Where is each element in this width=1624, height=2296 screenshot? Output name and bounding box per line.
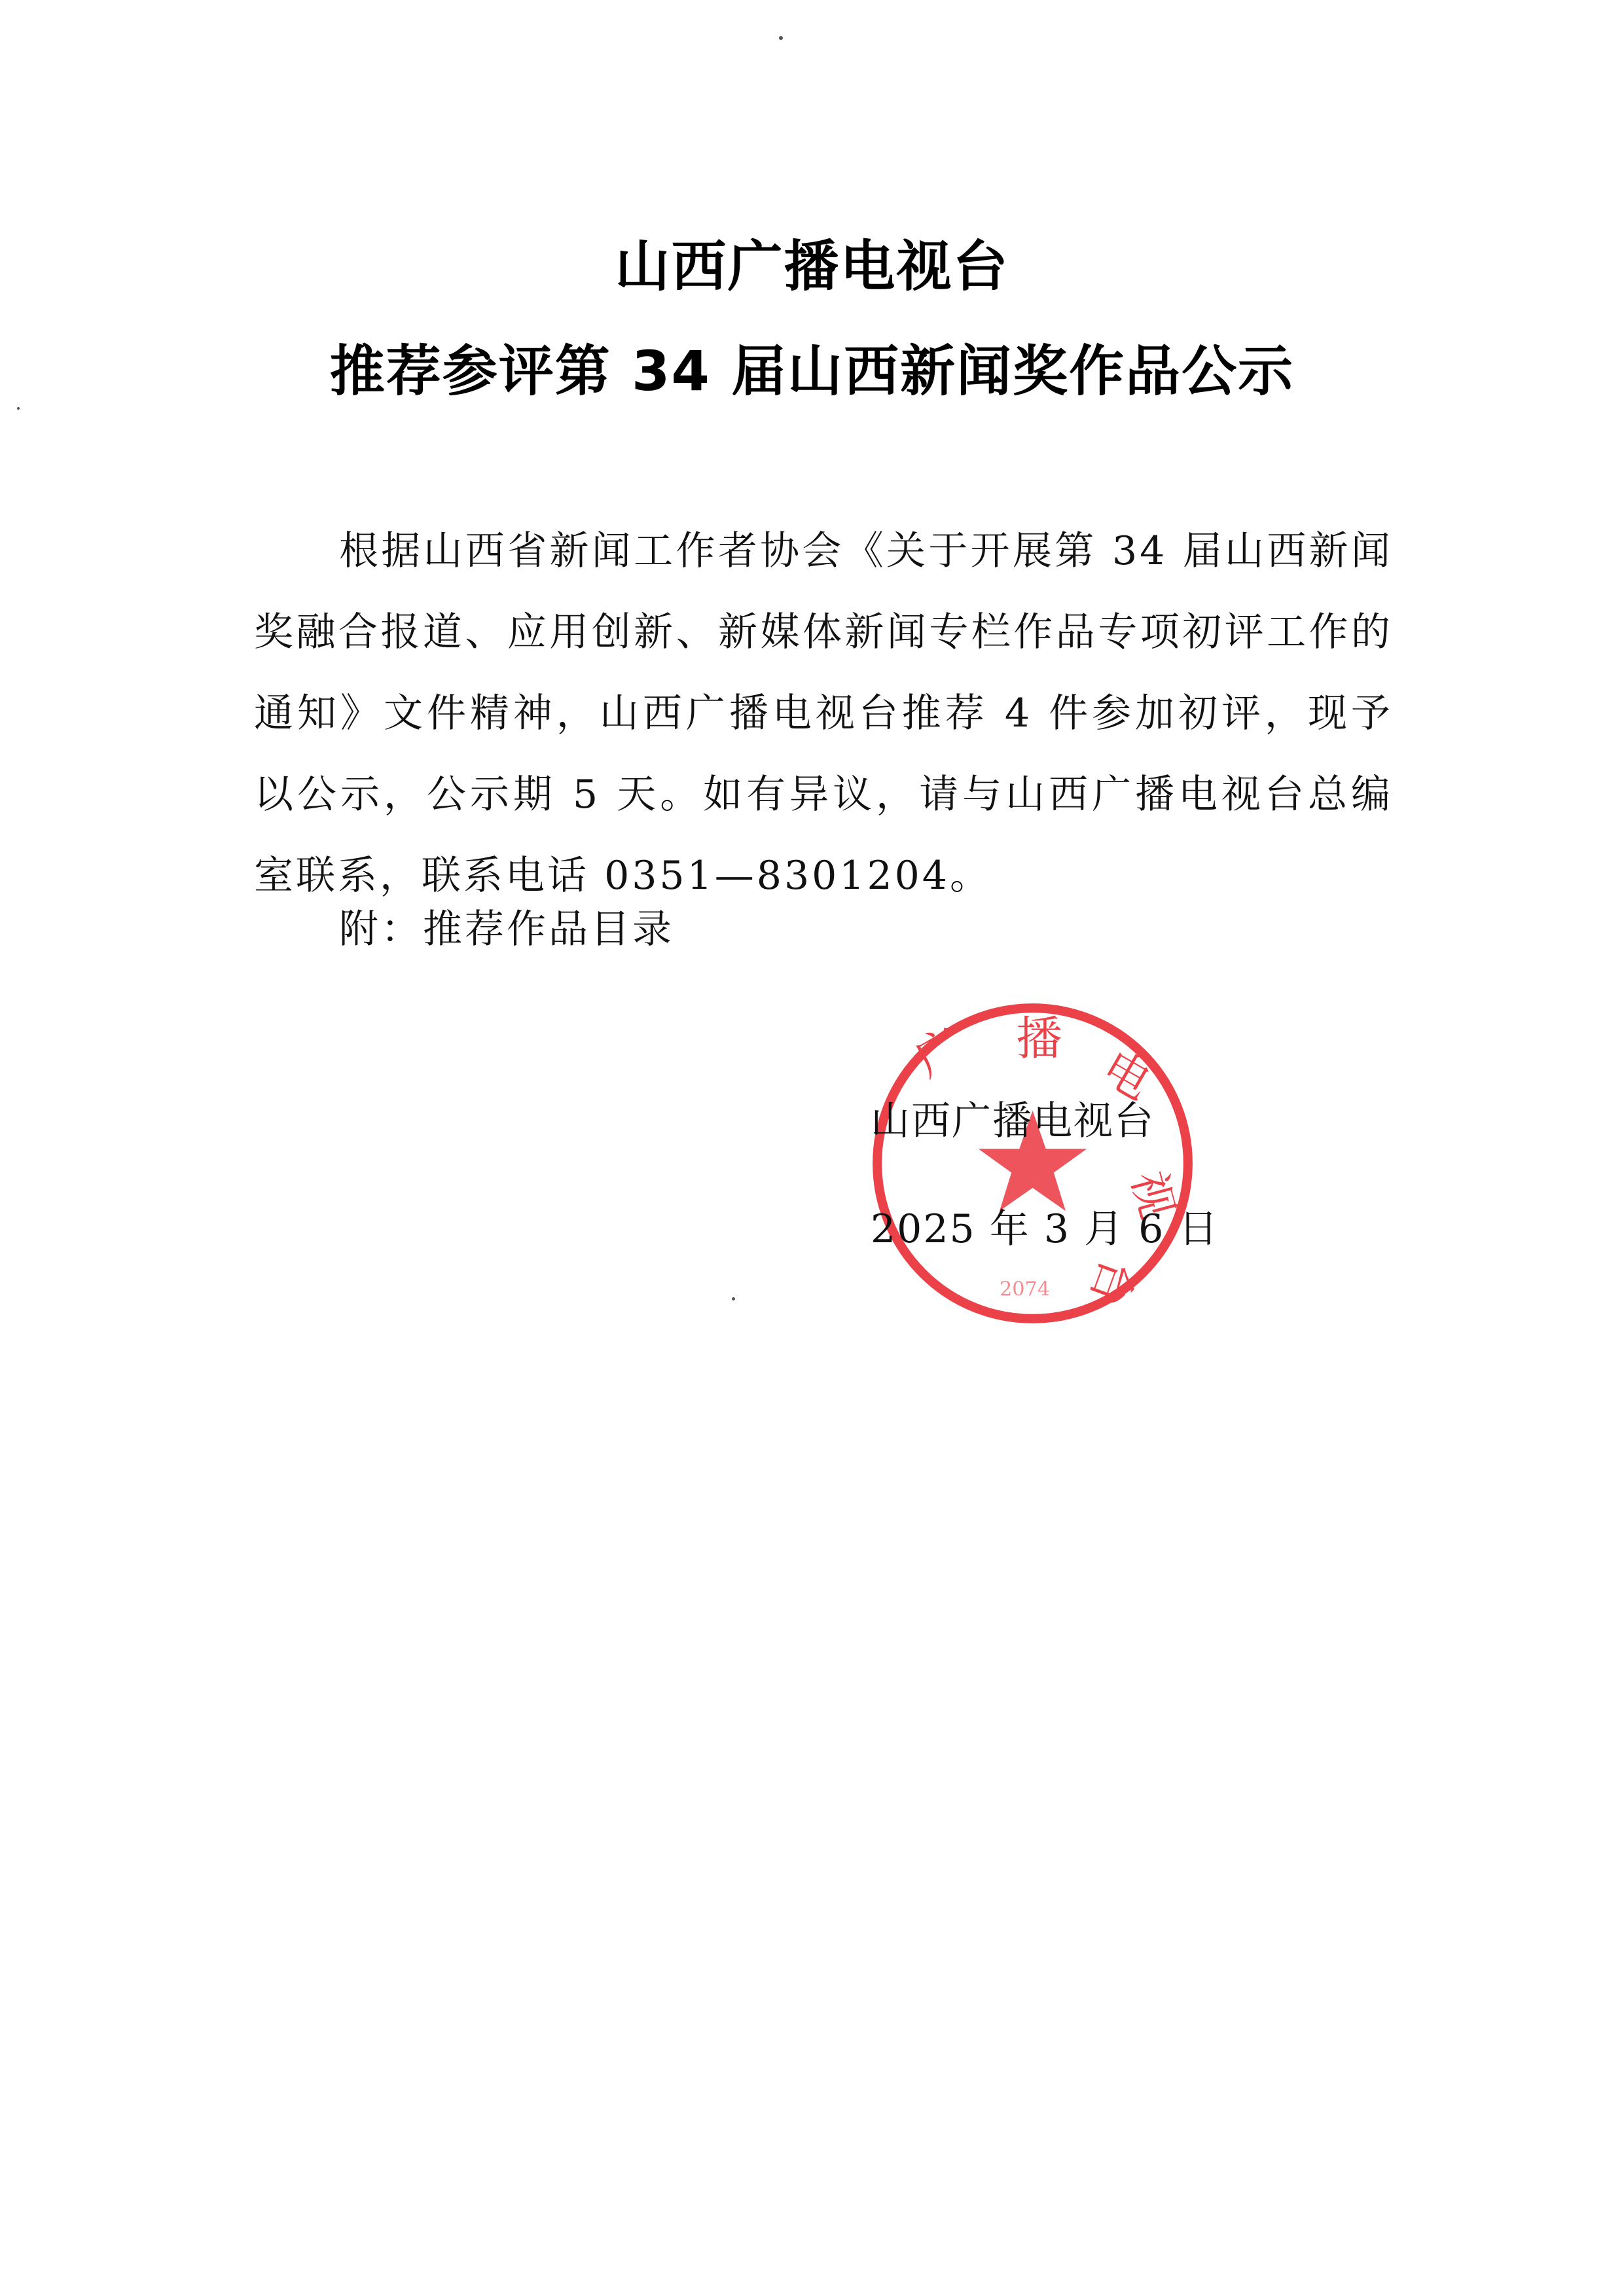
signature-date: 2025 年 3 月 6 日 bbox=[871, 1198, 1219, 1254]
scan-mark bbox=[17, 407, 20, 410]
attachment-note: 附：推荐作品目录 bbox=[339, 898, 674, 954]
signature-organization: 山西广播电视台 bbox=[871, 1090, 1155, 1146]
document-title: 山西广播电视台 bbox=[0, 223, 1624, 302]
scan-mark bbox=[732, 1297, 735, 1300]
body-paragraph: 根据山西省新闻工作者协会《关于开展第 34 届山西新闻奖融合报道、应用创新、新媒… bbox=[254, 511, 1393, 916]
official-seal-icon: 广 播 电 视 台 2074 bbox=[867, 998, 1198, 1329]
svg-text:2074: 2074 bbox=[1000, 1278, 1050, 1301]
scan-mark bbox=[779, 36, 783, 40]
svg-text:播: 播 bbox=[1016, 1011, 1062, 1066]
document-subtitle: 推荐参评第 34 届山西新闻奖作品公示 bbox=[0, 327, 1624, 406]
